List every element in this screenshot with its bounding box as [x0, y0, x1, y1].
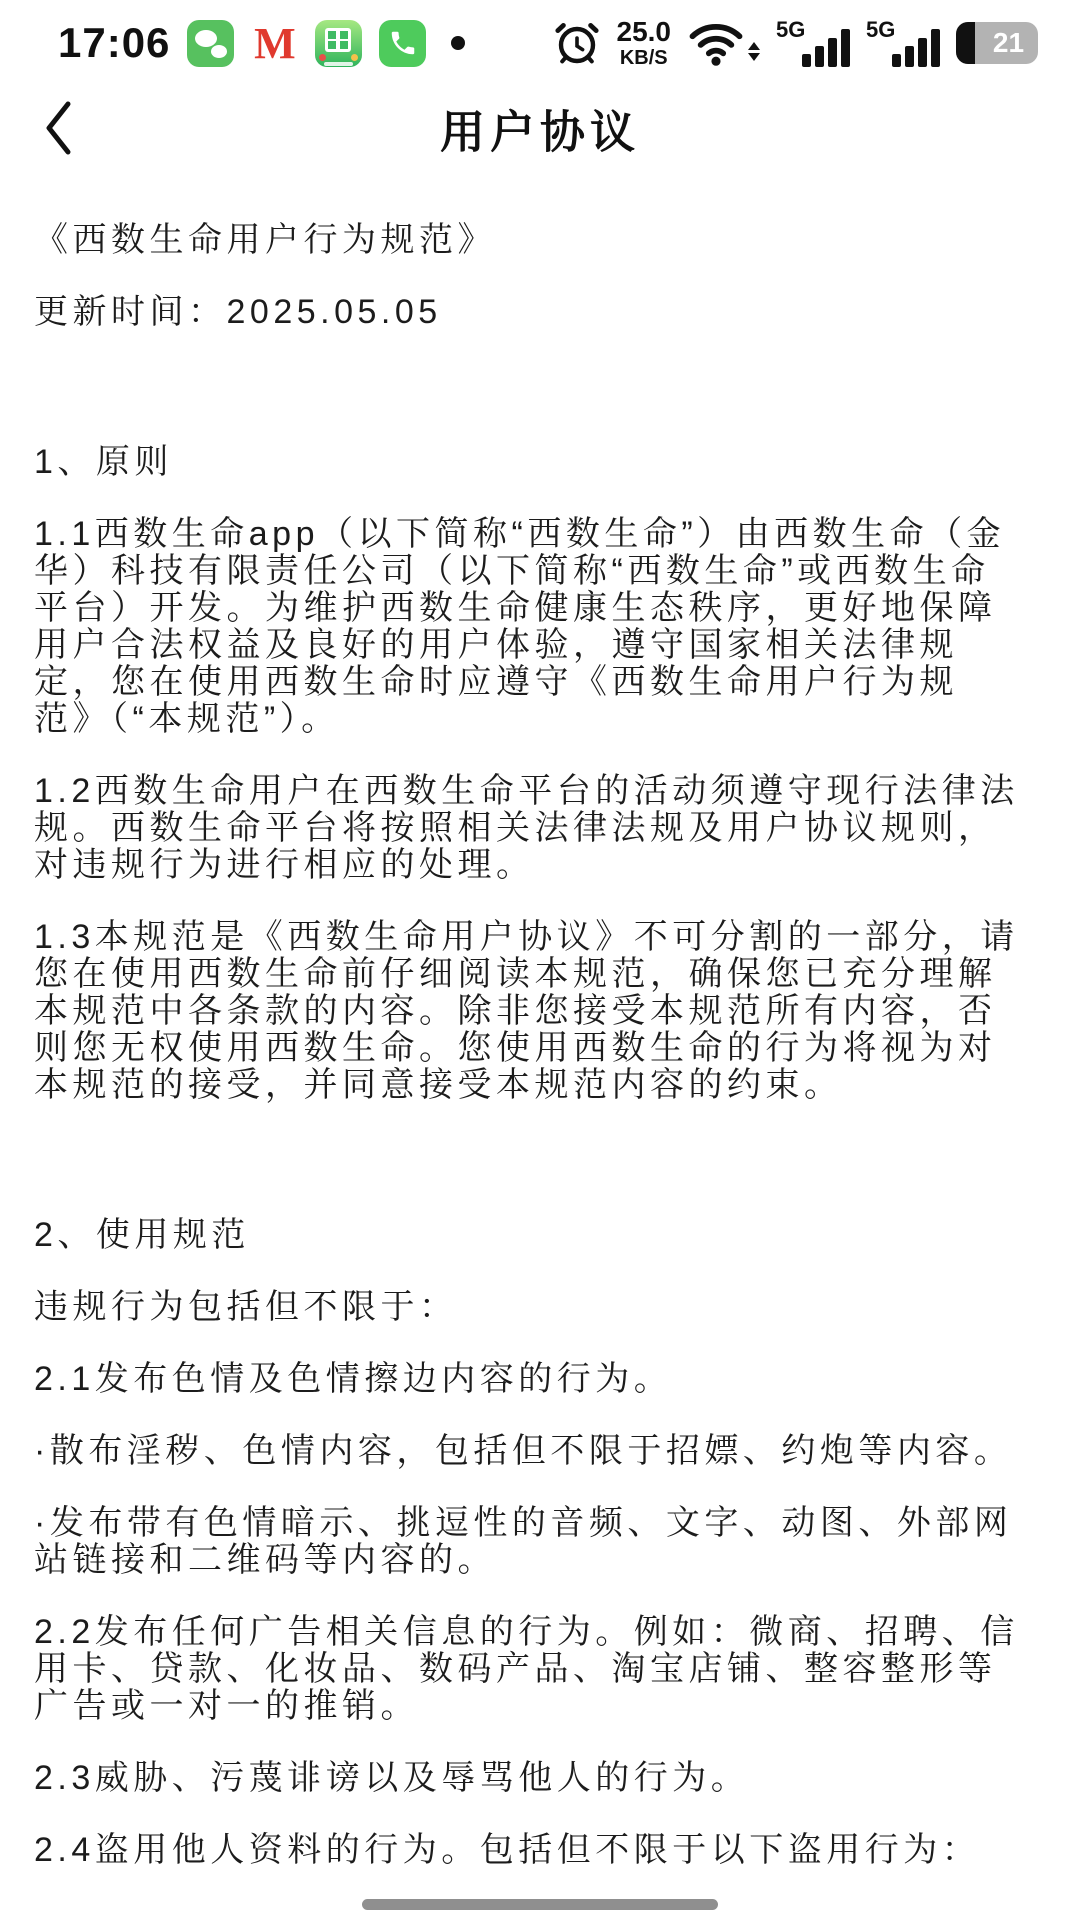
paragraph: 违规行为包括但不限于：	[34, 1289, 1046, 1326]
text-line: 本规范的接受，并同意接受本规范内容的约束。	[34, 1067, 1046, 1104]
home-indicator[interactable]	[362, 1899, 718, 1910]
network-speed-unit: KB/S	[620, 48, 668, 68]
battery-fill-level	[956, 22, 975, 64]
text-line: 平台）开发。为维护西数生命健康生态秩序，更好地保障	[34, 590, 1046, 627]
network-speed-value: 25.0	[617, 18, 672, 46]
paragraph: ·发布带有色情暗示、挑逗性的音频、文字、动图、外部网站链接和二维码等内容的。	[34, 1505, 1046, 1579]
text-line: 则您无权使用西数生命。您使用西数生命的行为将视为对	[34, 1030, 1046, 1067]
section-heading: 1、原则	[34, 444, 1046, 481]
document-body: 《西数生命用户行为规范》更新时间：2025.05.051、原则1.1西数生命ap…	[0, 176, 1080, 1869]
page-title: 用户协议	[0, 96, 1080, 161]
paragraph: 1.2西数生命用户在西数生命平台的活动须遵守现行法律法规。西数生命平台将按照相关…	[34, 773, 1046, 884]
building-icon	[325, 28, 351, 52]
signal-bars-icon	[892, 29, 940, 67]
text-line: 1.1西数生命app（以下简称“西数生命”）由西数生命（金	[34, 516, 1046, 553]
nav-bar: 用户协议	[0, 80, 1080, 176]
cellular-signal-1: 5G	[776, 17, 850, 69]
text-line: 用卡、贷款、化妆品、数码产品、淘宝店铺、整容整形等	[34, 1651, 1046, 1688]
paragraph: 《西数生命用户行为规范》	[34, 222, 1046, 259]
paragraph: 2.4盗用他人资料的行为。包括但不限于以下盗用行为：	[34, 1832, 1046, 1869]
signal-bars-icon	[802, 29, 850, 67]
text-line: 对违规行为进行相应的处理。	[34, 847, 1046, 884]
status-bar: 17:06 M	[0, 0, 1080, 80]
text-line: 2.2发布任何广告相关信息的行为。例如：微商、招聘、信	[34, 1614, 1046, 1651]
paragraph: 1.1西数生命app（以下简称“西数生命”）由西数生命（金华）科技有限责任公司（…	[34, 516, 1046, 738]
text-line: ·散布淫秽、色情内容，包括但不限于招嫖、约炮等内容。	[34, 1433, 1046, 1470]
network-type-label: 5G	[866, 17, 895, 43]
chat-bubble-icon	[195, 30, 217, 47]
store-app-icon	[315, 20, 362, 67]
text-line: 1.3本规范是《西数生命用户协议》不可分割的一部分，请	[34, 919, 1046, 956]
battery-percent: 21	[979, 22, 1038, 64]
paragraph: 2.1发布色情及色情擦边内容的行为。	[34, 1361, 1046, 1398]
text-line: 定，您在使用西数生命时应遵守《西数生命用户行为规	[34, 664, 1046, 701]
phone-handset-icon	[388, 28, 418, 58]
section-heading: 2、使用规范	[34, 1217, 1046, 1254]
text-line: 广告或一对一的推销。	[34, 1688, 1046, 1725]
paragraph: 2.3威胁、污蔑诽谤以及辱骂他人的行为。	[34, 1760, 1046, 1797]
cellular-signal-2: 5G	[866, 17, 940, 69]
text-line: 2.4盗用他人资料的行为。包括但不限于以下盗用行为：	[34, 1832, 1046, 1869]
text-line: 1、原则	[34, 444, 1046, 481]
wifi-icon	[687, 19, 745, 67]
decor-dot	[351, 54, 358, 61]
store-label-strip	[324, 62, 353, 66]
network-speed: 25.0 KB/S	[617, 18, 672, 68]
text-line: 更新时间：2025.05.05	[34, 294, 1046, 331]
status-bar-left: 17:06 M	[58, 19, 465, 67]
paragraph: 2.2发布任何广告相关信息的行为。例如：微商、招聘、信用卡、贷款、化妆品、数码产…	[34, 1614, 1046, 1725]
text-line: 《西数生命用户行为规范》	[34, 222, 1046, 259]
network-type-label: 5G	[776, 17, 805, 43]
text-line: 您在使用西数生命前仔细阅读本规范，确保您已充分理解	[34, 956, 1046, 993]
text-line: 2.1发布色情及色情擦边内容的行为。	[34, 1361, 1046, 1398]
text-line: ·发布带有色情暗示、挑逗性的音频、文字、动图、外部网	[34, 1505, 1046, 1542]
text-line: 违规行为包括但不限于：	[34, 1289, 1046, 1326]
paragraph: 更新时间：2025.05.05	[34, 294, 1046, 331]
text-line: 2.3威胁、污蔑诽谤以及辱骂他人的行为。	[34, 1760, 1046, 1797]
wifi-status	[687, 19, 760, 67]
text-line: 用户合法权益及良好的用户体验，遵守国家相关法律规	[34, 627, 1046, 664]
text-line: 2、使用规范	[34, 1217, 1046, 1254]
chat-bubble-icon	[211, 45, 227, 58]
letter-m-glyph: M	[254, 18, 296, 69]
wechat-icon	[187, 20, 234, 67]
decor-dot	[319, 54, 326, 61]
text-line: 规。西数生命平台将按照相关法律法规及用户协议规则，	[34, 810, 1046, 847]
notification-dot	[451, 36, 465, 50]
text-line: 站链接和二维码等内容的。	[34, 1542, 1046, 1579]
battery-icon: 21	[956, 22, 1038, 64]
status-bar-right: 25.0 KB/S 5G 5G	[553, 17, 1047, 69]
clock-time: 17:06	[58, 19, 170, 67]
text-line: 华）科技有限责任公司（以下简称“西数生命”或西数生命	[34, 553, 1046, 590]
alarm-clock-icon	[553, 19, 601, 67]
paragraph: 1.3本规范是《西数生命用户协议》不可分割的一部分，请您在使用西数生命前仔细阅读…	[34, 919, 1046, 1104]
text-line: 本规范中各条款的内容。除非您接受本规范所有内容，否	[34, 993, 1046, 1030]
phone-app-icon	[379, 20, 426, 67]
mail-m-icon: M	[251, 20, 298, 67]
traffic-arrows-icon	[748, 42, 760, 61]
text-line: 1.2西数生命用户在西数生命平台的活动须遵守现行法律法	[34, 773, 1046, 810]
text-line: 范》（“本规范”）。	[34, 701, 1046, 738]
paragraph: ·散布淫秽、色情内容，包括但不限于招嫖、约炮等内容。	[34, 1433, 1046, 1470]
